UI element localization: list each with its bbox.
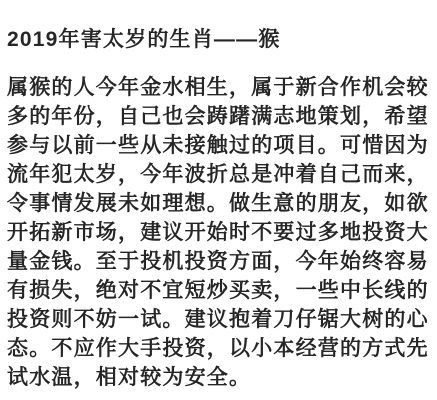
- paragraph-line: 开拓新市场，建议开始时不要过多地投资大: [7, 218, 430, 247]
- paragraph-line: 量金钱。至于投机投资方面，今年始终容易: [7, 247, 430, 276]
- paragraph-line: 流年犯太岁，今年波折总是冲着自己而来，: [7, 160, 430, 189]
- paragraph-line: 试水温，相对较为安全。: [7, 363, 430, 392]
- paragraph-line: 属猴的人今年金水相生，属于新合作机会较: [7, 73, 430, 102]
- article-page: 2019年害太岁的生肖——猴 属猴的人今年金水相生，属于新合作机会较 多的年份，…: [0, 0, 437, 400]
- paragraph-line: 参与以前一些从未接触过的项目。可惜因为: [7, 131, 430, 160]
- article-title: 2019年害太岁的生肖——猴: [7, 28, 430, 52]
- paragraph-line: 投资则不妨一试。建议抱着刀仔锯大树的心: [7, 305, 430, 334]
- paragraph-line: 态。不应作大手投资，以小本经营的方式先: [7, 334, 430, 363]
- paragraph-line: 令事情发展未如理想。做生意的朋友，如欲: [7, 189, 430, 218]
- article-paragraph: 属猴的人今年金水相生，属于新合作机会较 多的年份，自己也会踌躇满志地策划，希望 …: [7, 73, 430, 392]
- paragraph-line: 多的年份，自己也会踌躇满志地策划，希望: [7, 102, 430, 131]
- paragraph-line: 有损失，绝对不宜短炒买卖，一些中长线的: [7, 276, 430, 305]
